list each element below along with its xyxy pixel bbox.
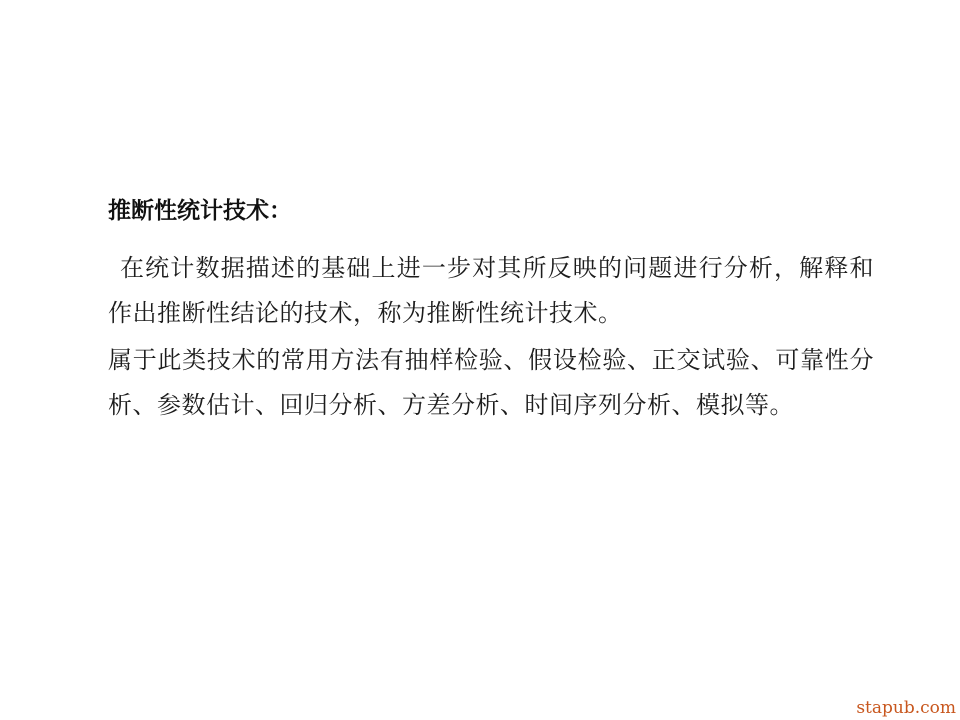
watermark-text: stapub.com <box>856 698 956 718</box>
paragraph-definition: 在统计数据描述的基础上进一步对其所反映的问题进行分析，解释和作出推断性结论的技术… <box>108 246 874 336</box>
page-title: 推断性统计技术： <box>108 196 874 226</box>
document-page: 推断性统计技术： 在统计数据描述的基础上进一步对其所反映的问题进行分析，解释和作… <box>0 0 960 720</box>
paragraph-methods: 属于此类技术的常用方法有抽样检验、假设检验、正交试验、可靠性分析、参数估计、回归… <box>108 338 874 428</box>
text-block: 推断性统计技术： 在统计数据描述的基础上进一步对其所反映的问题进行分析，解释和作… <box>108 196 874 430</box>
